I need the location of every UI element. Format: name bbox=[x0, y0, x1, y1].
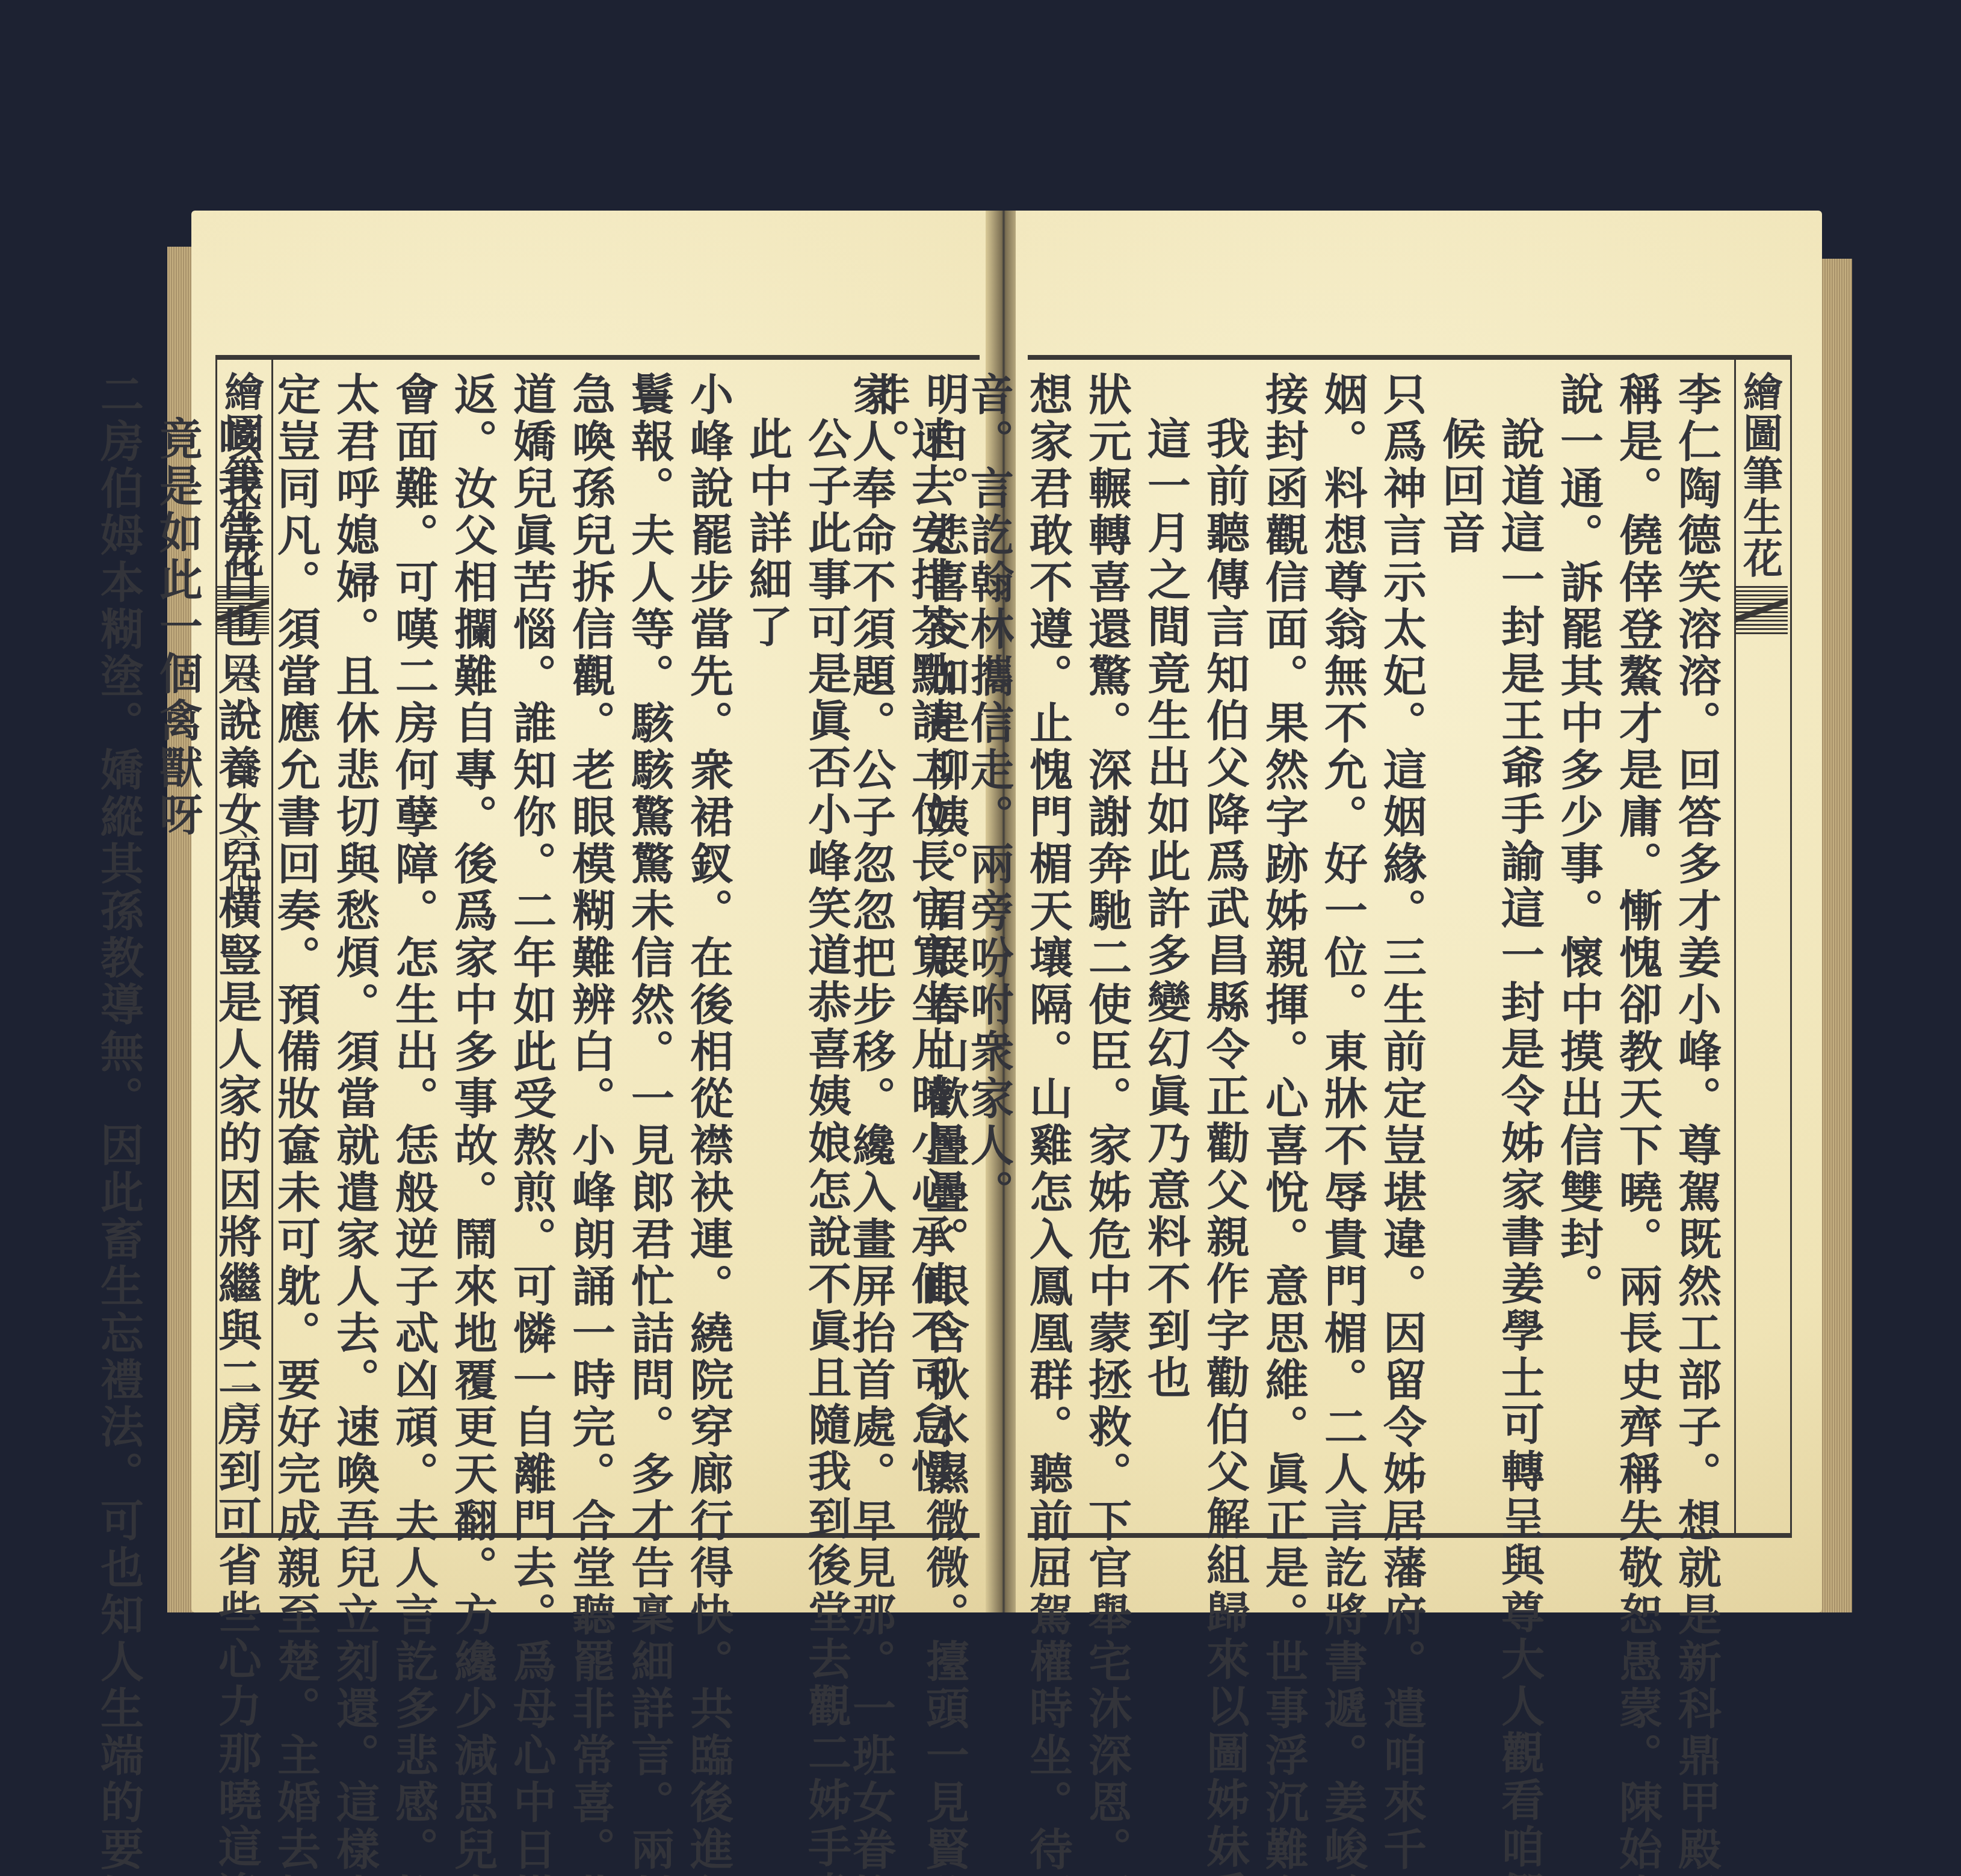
right-page-text: 李仁陶德笑溶溶。回答多才姜小峰。尊駕既然工部子。想就是新科鼎甲殿元公。小峰一笑言… bbox=[1034, 372, 1726, 1521]
banner-char: 生 bbox=[1743, 497, 1783, 538]
text-column: 道嬌兒眞苦惱。誰知你。二年如此受熬煎。可憐一自離門去。爲母心中日掛牽。去年本欲迎… bbox=[502, 372, 561, 1521]
right-page: 繪圖筆生花 李仁陶德笑溶溶。回答多才姜小峰。尊駕既然工部子。想就是新科鼎甲殿元公… bbox=[1016, 211, 1822, 1612]
text-column: 李仁陶德笑溶溶。回答多才姜小峰。尊駕既然工部子。想就是新科鼎甲殿元公。小峰一笑言 bbox=[1667, 372, 1726, 1521]
text-column: 此中詳細了 bbox=[738, 372, 797, 1521]
text-column: 姻。料想尊翁無不允。好一位。東牀不辱貴門楣。二人言訖將書遞。姜峻璧。喜喜驚驚展翠… bbox=[1313, 372, 1372, 1521]
text-column: 二房伯姆本糊塗。嬌縱其孫教導無。因此畜生忘禮法。可也知人生端的要知書。 bbox=[89, 372, 148, 1521]
text-column: 音。言訖翰林攜信走。兩旁吩咐衆家人。 bbox=[959, 372, 1018, 1521]
text-column: 狀元輾轉喜還驚。深謝奔馳二使臣。家姊危中蒙拯救。下官舉宅沐深恩。更承盛愛垂青盼。… bbox=[1077, 372, 1136, 1521]
text-column: 鬟報。夫人等。駭駭驚驚未信然。一見郎君忙詰問。多才告稟細詳言。兩封書信呈萱室。太… bbox=[620, 372, 679, 1521]
text-column: 我前聽傳言知伯父降爲武昌縣令正勸父親作字勸伯父解組歸來以圖姊妹重逢不道 bbox=[1195, 372, 1254, 1521]
text-column: 竟是如此一個禽獸呀 bbox=[148, 372, 207, 1521]
open-book: 繪圖筆生花 卷八 第十六回 二 明白。悲喜交加是柳姨。眉展春山歡疊疊。眼含秋水濕… bbox=[191, 211, 1840, 1631]
fishtail-mark-icon bbox=[1736, 586, 1788, 634]
text-column: 會面難。可嘆二房何孽障。怎生出。恁般逆子忒凶頑。夫人言訖多悲感。柳氏凄然淚亦彈。… bbox=[384, 372, 443, 1521]
text-column: 說道這一封是王爺手諭這一封是令姊家書姜學士可轉呈與尊大人觀看咱們在此立 bbox=[1490, 372, 1549, 1521]
right-page-frame: 繪圖筆生花 李仁陶德笑溶溶。回答多才姜小峰。尊駕既然工部子。想就是新科鼎甲殿元公… bbox=[1028, 355, 1792, 1538]
text-column: 候回音 bbox=[1431, 372, 1490, 1521]
banner-char: 圖 bbox=[1743, 413, 1783, 455]
text-column: 想家君敢不遵。止愧門楣天壤隔。山雞怎入鳳凰群。聽前屈駕權時坐。待下官。稟過家君好… bbox=[1018, 372, 1077, 1521]
text-column: 稱是。僥倖登鰲才是庸。慚愧卻教天下曉。兩長史齊稱失敬恕愚蒙。陳始末。訴來蹤。細把… bbox=[1608, 372, 1667, 1521]
text-column: 家人奉命不須題。公子忽忽把步移。纔入畫屏抬首處。早見那。一班女眷擁齊齊。言詞纔聽… bbox=[841, 372, 900, 1521]
text-column: 說一通。訴罷其中多少事。懷中摸出信雙封。 bbox=[1549, 372, 1608, 1521]
text-column: 只爲神言示太妃。這姻緣。三生前定豈堪違。因留令姊居藩府。遣咱來千里傳書作鳳媒。這… bbox=[1372, 372, 1431, 1521]
banner-char: 繪 bbox=[1743, 372, 1783, 413]
text-column: 返。汝父相攔難自專。後爲家中多事故。鬧來地覆更天翻。方纔少減思兒念。卻不道。險致… bbox=[443, 372, 502, 1521]
banner-char: 花 bbox=[1743, 538, 1783, 580]
text-column: 定豈同凡。須當應允書回奏。預備妝奩未可躭。要好完成親至楚。主婚去把玉華看。 bbox=[266, 372, 325, 1521]
text-column: 小峰說罷步當先。衆裙釵。在後相從襟袂連。繞院穿廊行得快。共臨後進入珠簾。華堂早有… bbox=[679, 372, 738, 1521]
text-column: 這一月之間竟生出如此許多變幻眞乃意料不到也 bbox=[1136, 372, 1195, 1521]
banner-char: 筆 bbox=[1743, 455, 1783, 497]
book-title: 繪圖筆生花 bbox=[1736, 360, 1790, 580]
text-column: 咳我當日也只說養女兒橫豎是人家的因將繼與二房到可省些心力那曉這逢吉畜生 bbox=[207, 372, 266, 1521]
text-column: 接封函觀信面。果然字跡姊親揮。心喜悅。意思維。眞正是。世事浮沉難定規。 bbox=[1254, 372, 1313, 1521]
right-page-banner: 繪圖筆生花 bbox=[1734, 360, 1792, 1533]
text-column: 急喚孫兒拆信觀。老眼模糊難辨白。小峰朗誦一時完。合堂聽罷非常喜。莫氏夫人淚有漣。… bbox=[561, 372, 620, 1521]
text-column: 速去安排茶點請二位長官寬坐片時小心承値不可怠慢 bbox=[900, 372, 959, 1521]
text-column: 太君呼媳婦。且休悲切與愁煩。須當就遣家人去。速喚吾兒立刻還。這樣東牀何處覓。良緣… bbox=[325, 372, 384, 1521]
